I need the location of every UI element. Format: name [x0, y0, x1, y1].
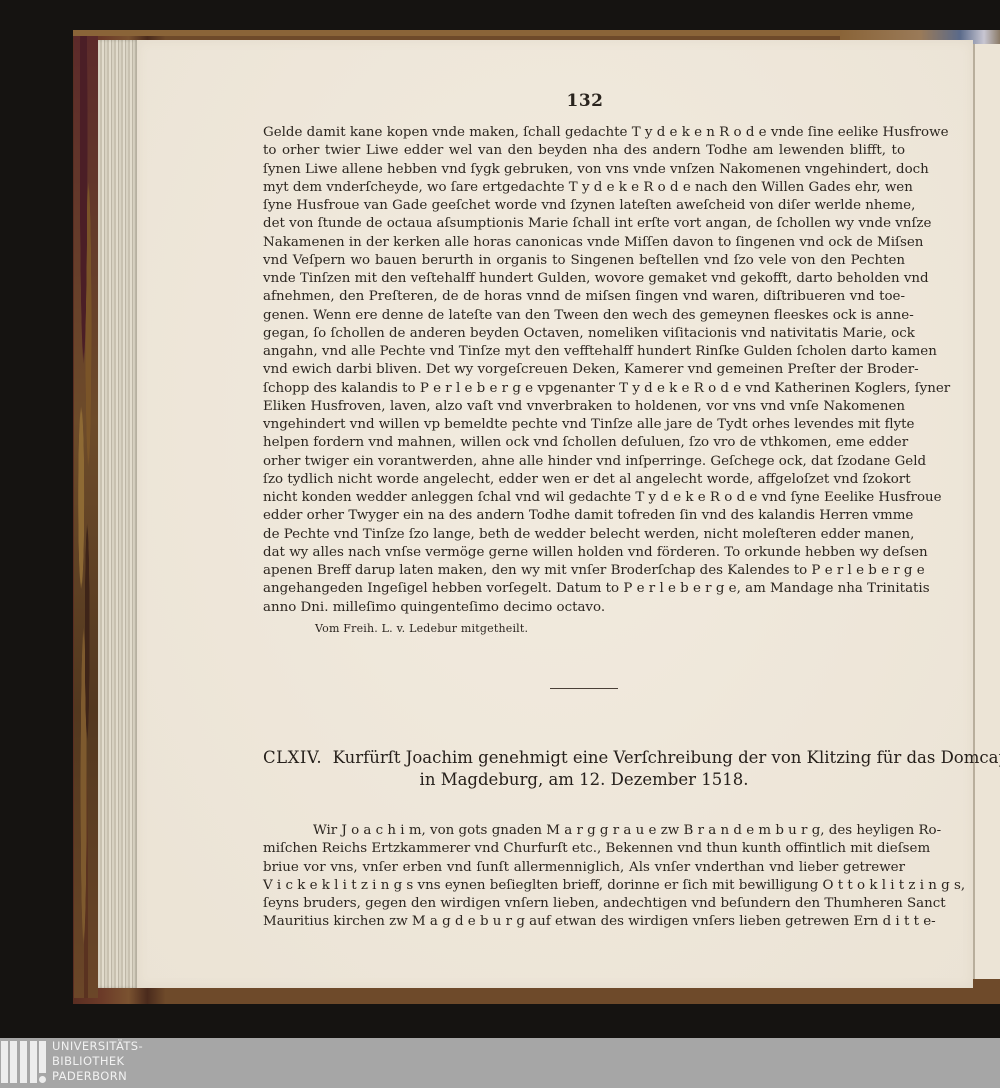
text-line: Wir J o a c h i m, von gots gnaden M a r…: [263, 822, 905, 840]
heading-line-1: CLXIV. Kurfürſt Joachim genehmigt eine V…: [263, 747, 905, 769]
library-logo-icon: [0, 1041, 46, 1085]
text-line: Mauritius kirchen zw M a g d e b u r g a…: [263, 913, 905, 931]
text-line: genen. Wenn ere denne de lateſte van den…: [263, 307, 905, 325]
text-line: det von ſtunde de octaua aſsumptionis Ma…: [263, 215, 905, 233]
text-line: dat wy alles nach vnſse vermöge gerne wi…: [263, 544, 905, 562]
document-number: CLXIV.: [263, 748, 322, 767]
text-line: myt dem vnderſcheyde, wo ſare ertgedacht…: [263, 179, 905, 197]
page-edges: [98, 40, 138, 988]
library-name-line: UNIVERSITÄTS-: [52, 1039, 143, 1054]
text-line: vngehindert vnd willen vp bemeldte pecht…: [263, 416, 905, 434]
scan-background: 132 Gelde damit kane kopen vnde maken, ſ…: [0, 0, 1000, 1038]
text-line: afnehmen, den Preſteren, de de horas vnn…: [263, 288, 905, 306]
text-line: Nakamenen in der kerken alle horas canon…: [263, 234, 905, 252]
attribution-note: Vom Freih. L. v. Ledebur mitgetheilt.: [315, 622, 528, 635]
library-name-line: BIBLIOTHEK: [52, 1054, 143, 1069]
text-line: ſyne Husfroue van Gade geeſchet worde vn…: [263, 197, 905, 215]
text-line: vnde Tinſzen mit den veſtehalff hundert …: [263, 270, 905, 288]
library-banner: UNIVERSITÄTS- BIBLIOTHEK PADERBORN: [0, 1038, 1000, 1088]
text-line: helpen fordern vnd mahnen, willen ock vn…: [263, 434, 905, 452]
text-line: vnd ewich darbi bliven. Det wy vorgeſcre…: [263, 361, 905, 379]
text-line: ſchopp des kalandis to P e r l e b e r g…: [263, 380, 905, 398]
text-line: to orher twier Liwe edder wel van den be…: [263, 142, 905, 160]
text-line: anno Dni. milleſimo quingenteſimo decimo…: [263, 599, 905, 617]
text-line: ſzo tydlich nicht worde angelecht, edder…: [263, 471, 905, 489]
text-line: angehangeden Ingeſigel hebben vorſegelt.…: [263, 580, 905, 598]
text-line: gegan, ſo ſchollen de anderen beyden Oct…: [263, 325, 905, 343]
text-line: de Pechte vnd Tinſze ſzo lange, beth de …: [263, 526, 905, 544]
text-line: apenen Breff darup laten maken, den wy m…: [263, 562, 905, 580]
document-body-continued: Gelde damit kane kopen vnde maken, ſchal…: [263, 124, 905, 617]
heading-line-2: in Magdeburg, am 12. Dezember 1518.: [263, 769, 905, 791]
marbled-cover-edge: [74, 36, 98, 998]
text-line: ſeyns bruders, gegen den wirdigen vnſern…: [263, 895, 905, 913]
text-line: edder orher Twyger ein na des andern Tod…: [263, 507, 905, 525]
text-line: briue vor vns, vnſer erben vnd ſunſt all…: [263, 859, 905, 877]
text-line: vnd Veſpern wo bauen berurth in organis …: [263, 252, 905, 270]
document-body: Wir J o a c h i m, von gots gnaden M a r…: [263, 822, 905, 932]
text-line: ſynen Liwe allene hebben vnd ſygk gebruk…: [263, 161, 905, 179]
document-title: Kurfürſt Joachim genehmigt eine Verſchre…: [333, 748, 1000, 767]
text-line: V i c k e k l i t z i n g s vns eynen be…: [263, 877, 905, 895]
text-line: nicht konden wedder anleggen ſchal vnd w…: [263, 489, 905, 507]
section-divider: [550, 688, 618, 689]
text-line: Eliken Husfroven, laven, alzo vaſt vnd v…: [263, 398, 905, 416]
library-name-line: PADERBORN: [52, 1069, 143, 1084]
facing-page-edge: [973, 44, 1000, 979]
library-name: UNIVERSITÄTS- BIBLIOTHEK PADERBORN: [52, 1039, 143, 1084]
text-line: miſchen Reichs Ertzkammerer vnd Churfurſ…: [263, 840, 905, 858]
text-line: angahn, vnd alle Pechte vnd Tinſze myt d…: [263, 343, 905, 361]
text-line: orher twiger ein vorantwerden, ahne alle…: [263, 453, 905, 471]
document-heading: CLXIV. Kurfürſt Joachim genehmigt eine V…: [263, 747, 905, 791]
page-number: 132: [137, 91, 1000, 111]
text-line: Gelde damit kane kopen vnde maken, ſchal…: [263, 124, 905, 142]
